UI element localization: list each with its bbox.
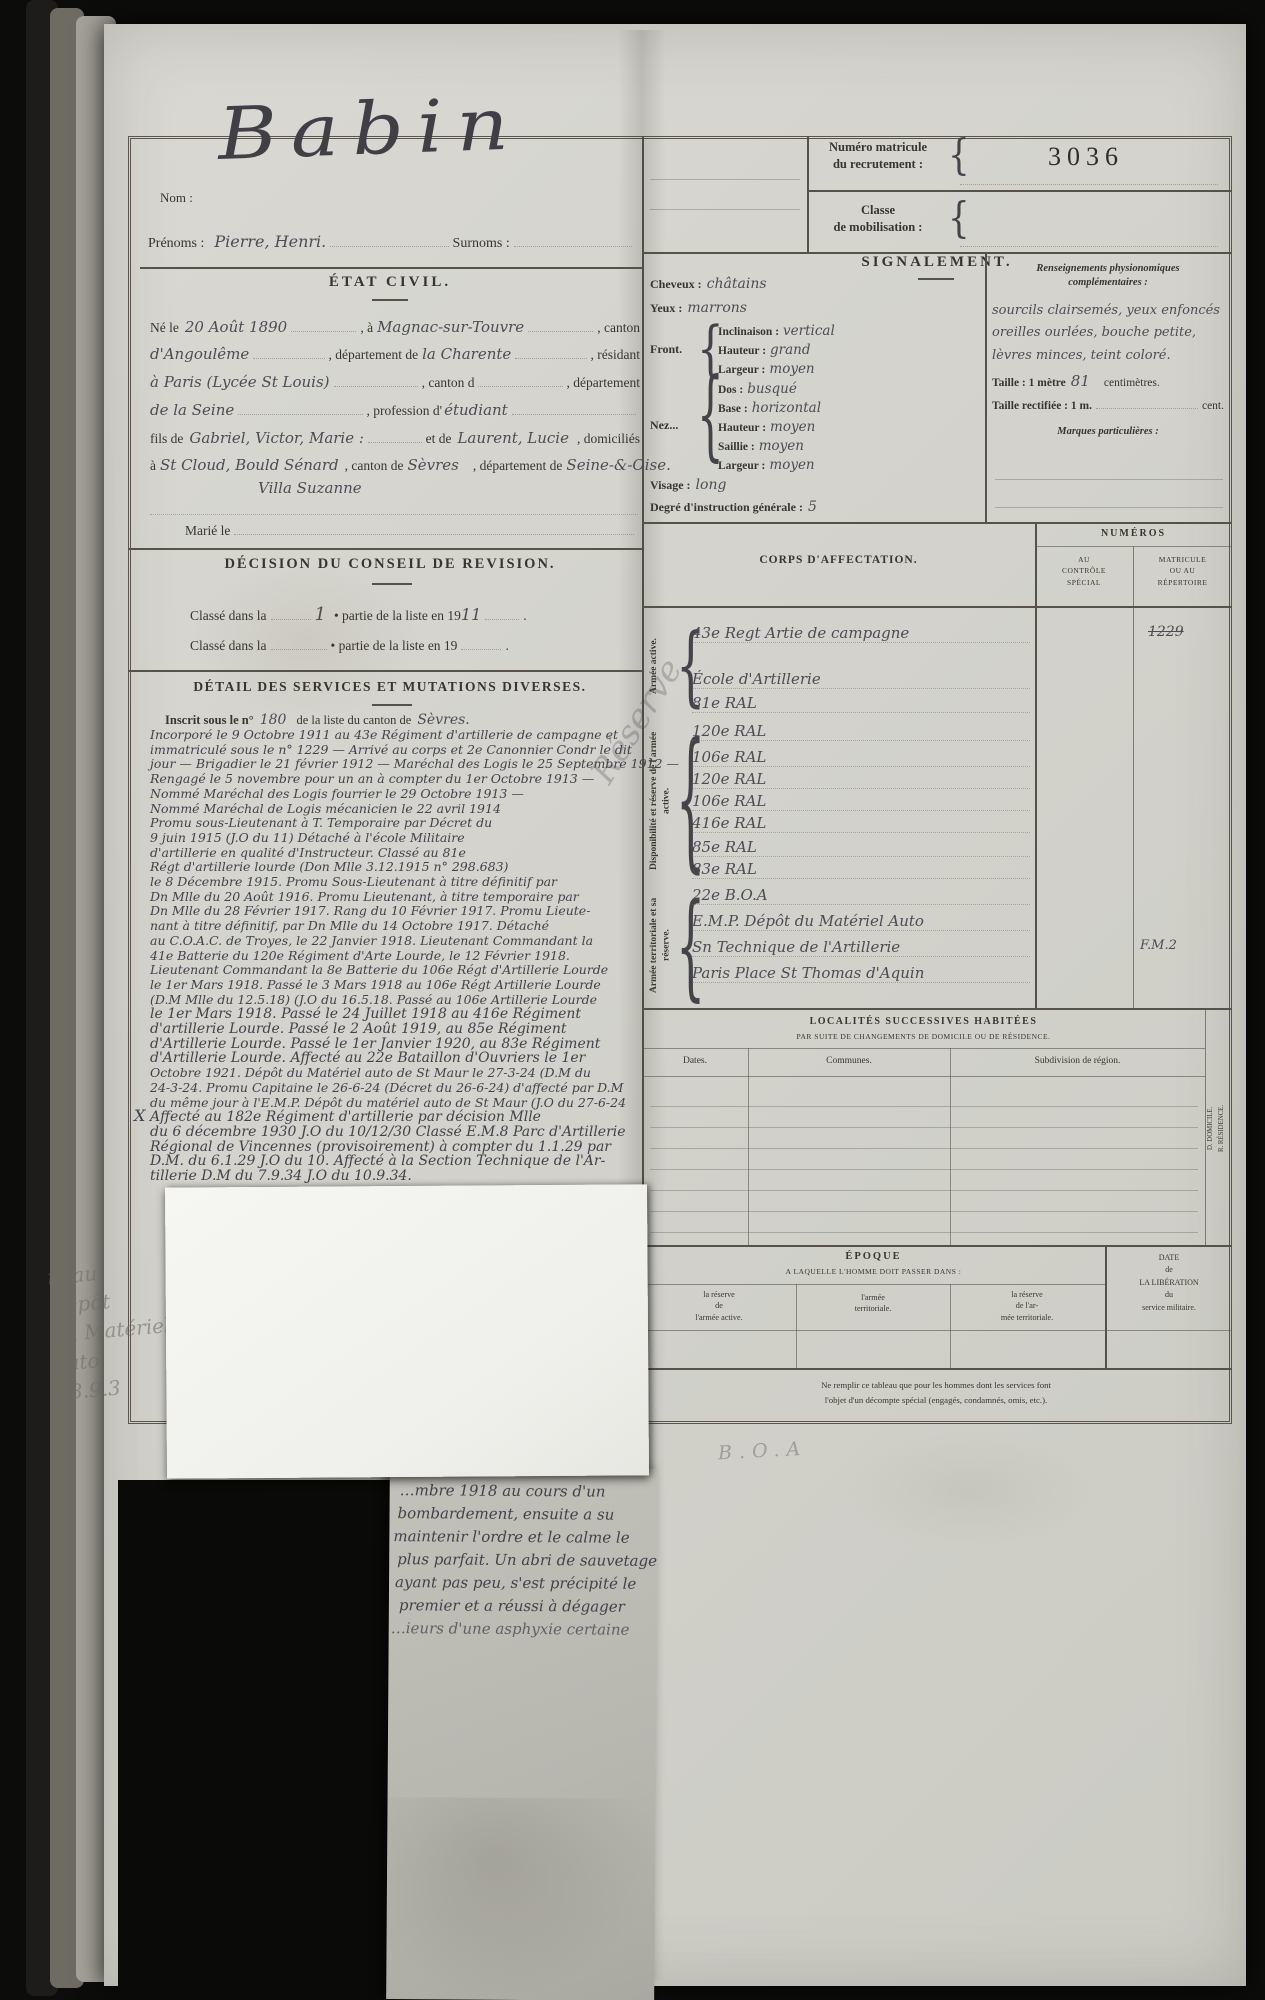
decision-title: DÉCISION DU CONSEIL DE REVISION.: [140, 556, 640, 573]
nose-width-row: Largeur : moyen: [718, 457, 815, 473]
localites-side-divider: [1205, 1008, 1206, 1245]
corps-header-underline: [642, 606, 1232, 608]
nbase-label: Base :: [718, 403, 748, 415]
domicilies-label: , domiciliés: [577, 431, 640, 447]
nose-base-row: Base : horizontal: [718, 400, 821, 416]
top-right-write-lines: [650, 150, 800, 210]
corps-row: 43e Regt Artie de campagne: [692, 624, 1030, 643]
service-line: (D.M Mlle du 12.5.18) (J.O du 16.5.18. P…: [150, 993, 650, 1008]
subdivision-col-header: Subdivision de région.: [950, 1056, 1205, 1066]
title-dash: [372, 704, 412, 706]
service-line: Dn Mlle du 28 Février 1917. Rang du 10 F…: [150, 904, 650, 919]
epoque-col-reserve-territoriale: la réserve de l'ar- mée territoriale.: [952, 1289, 1102, 1323]
height-unit: centimètres.: [1104, 377, 1160, 389]
service-line: Dn Mlle du 20 Août 1916. Promu Lieutenan…: [150, 890, 650, 905]
education-label: Degré d'instruction générale :: [650, 500, 803, 515]
service-line: Lieutenant Commandant la 8e Batterie du …: [150, 963, 650, 978]
education-value: 5: [808, 499, 817, 515]
villa-line: Villa Suzanne: [258, 479, 362, 497]
nwidth-value: moyen: [769, 457, 814, 473]
nheight-value: moyen: [770, 419, 815, 435]
residence-dept-value: de la Seine: [150, 401, 234, 419]
epoque-row-line: [642, 1330, 1232, 1331]
canton-value: d'Angoulême: [150, 345, 249, 363]
service-line: d'artillerie Lourde. Passé le 2 Août 191…: [150, 1022, 650, 1037]
write-line: [528, 317, 593, 332]
comp-box-divider: [985, 252, 987, 523]
education-row: Degré d'instruction générale : 5: [650, 499, 817, 515]
matricule-write-line: [960, 184, 1218, 185]
canton-de-label: , canton de: [345, 458, 404, 474]
corps-row: Sn Technique de l'Artillerie: [692, 938, 1030, 957]
paper-stain: [840, 1430, 1100, 1550]
nbase-value: horizontal: [752, 400, 821, 416]
numeros-title: NUMÉROS: [1035, 528, 1232, 539]
corps-row: 22e B.O.A: [692, 886, 1030, 905]
etat-civil-title: ÉTAT CIVIL.: [140, 274, 640, 291]
height-corrected-row: Taille rectifiée : 1 m. cent.: [992, 396, 1224, 412]
write-line: [238, 400, 362, 415]
write-line: [271, 606, 311, 621]
service-line: au C.O.A.C. de Troyes, le 22 Janvier 191…: [150, 934, 650, 949]
born-label: Né le: [150, 320, 179, 336]
fwidth-value: moyen: [769, 361, 814, 377]
parents-canton: Sèvres: [407, 456, 458, 474]
matricule-number: 3036: [1048, 142, 1124, 172]
nose-label: Nez...: [650, 418, 678, 433]
corps-row: 106e RAL: [692, 748, 1030, 767]
service-line: jour — Brigadier le 21 février 1912 — Ma…: [150, 757, 650, 772]
corps-row: Paris Place St Thomas d'Aquin: [692, 964, 1030, 983]
write-line: [1096, 396, 1198, 409]
classed-row-2: Classé dans la • partie de la liste en 1…: [190, 635, 630, 654]
birth-date: 20 Août 1890: [185, 318, 287, 336]
epoque-col-divider: [796, 1284, 797, 1368]
boa-ghost-writing: B.O.A: [717, 1438, 807, 1465]
service-line: 41e Batterie du 120e Régiment d'Arte Lou…: [150, 949, 650, 964]
nwidth-label: Largeur :: [718, 460, 765, 472]
corps-row: 120e RAL: [692, 770, 1030, 789]
corps-row: École d'Artillerie: [692, 670, 1030, 689]
profession-label: , profession d': [367, 403, 443, 419]
canton-d-label: , canton d: [422, 375, 475, 391]
fragment-line: bombardement, ensuite a su: [397, 1502, 657, 1527]
service-line: Rengagé le 5 novembre pour un an à compt…: [150, 772, 650, 787]
numeros-split: [1133, 546, 1134, 1008]
service-line: Incorporé le 9 Octobre 1911 au 43e Régim…: [150, 728, 650, 743]
write-line: [330, 232, 448, 247]
height-corrected-unit: cent.: [1202, 400, 1224, 412]
height-corrected-label: Taille rectifiée : 1 m.: [992, 400, 1092, 412]
incline-label: Inclinaison :: [718, 326, 779, 338]
numeros-divider: [1035, 522, 1037, 1008]
face-row: Visage : long: [650, 477, 726, 493]
profession-value: étudiant: [444, 401, 508, 419]
write-line: [514, 232, 632, 247]
corps-row: 106e RAL: [692, 792, 1030, 811]
departement2-label: , département: [567, 375, 640, 391]
services-title: DÉTAIL DES SERVICES ET MUTATIONS DIVERSE…: [140, 679, 640, 695]
forehead-width-row: Largeur : moyen: [718, 361, 815, 377]
fwidth-label: Largeur :: [718, 364, 765, 376]
marks-write-lines: [995, 452, 1223, 512]
married-row: Marié le: [185, 520, 638, 539]
fragment-line: ayant pas peu, s'est précipité le: [395, 1571, 657, 1596]
write-line: [461, 635, 501, 650]
localites-side-header: D. DOMICILE. R. RÉSIDENCE.: [1206, 1014, 1228, 1242]
service-line: Octobre 1921. Dépôt du Matériel auto de …: [150, 1066, 650, 1081]
fheight-value: grand: [770, 342, 810, 358]
title-dash: [372, 299, 408, 301]
father-names: Gabriel, Victor, Marie :: [189, 429, 364, 447]
group-territoriale: Armée territoriale et sa réserve.: [648, 886, 673, 1004]
liberation-date-box: DATE de LA LIBÉRATION du service militai…: [1107, 1252, 1231, 1314]
footnote: Ne remplir ce tableau que pour les homme…: [650, 1378, 1222, 1407]
dates-col-header: Dates.: [642, 1056, 748, 1066]
margin-mark: X: [134, 1106, 145, 1125]
nsalience-value: moyen: [759, 438, 804, 454]
height-row: Taille : 1 mètre 81 centimètres.: [992, 372, 1160, 390]
write-line: [478, 372, 562, 387]
service-line: Nommé Maréchal de Logis mécanicien le 22…: [150, 802, 650, 817]
corps-title: CORPS D'AFFECTATION.: [642, 554, 1035, 566]
nsalience-label: Saillie :: [718, 441, 755, 453]
face-label: Visage :: [650, 478, 691, 493]
classe-write-line: [960, 246, 1218, 247]
departement-label: , département de: [329, 347, 419, 363]
write-line: [515, 344, 586, 359]
corps-row: 83e RAL: [692, 860, 1030, 879]
comp-title: Renseignements physionomiques complément…: [992, 262, 1224, 289]
write-line: [334, 372, 418, 387]
forehead-label: Front.: [650, 342, 682, 357]
group-disponibilite: Disponibilité et réserve de l'armée acti…: [648, 722, 673, 880]
nback-label: Dos :: [718, 384, 743, 396]
blank-write-line: [150, 514, 638, 515]
nose-salience-row: Saillie : moyen: [718, 438, 804, 454]
hair-row: Cheveux : châtains: [650, 276, 767, 292]
inscription-row: Inscrit sous le n° 180 de la liste du ca…: [165, 712, 470, 728]
at2-label: à: [150, 458, 156, 474]
dot: .: [505, 638, 508, 654]
and-of-label: et de: [426, 431, 452, 447]
service-line: 24-3-24. Promu Capitaine le 26-6-24 (Déc…: [150, 1081, 650, 1096]
corps-row: 81e RAL: [692, 694, 1030, 713]
service-line: immatriculé sous le n° 1229 — Arrivé au …: [150, 743, 650, 758]
service-line: d'Artillerie Lourde. Passé le 1er Janvie…: [150, 1037, 650, 1052]
surname-signature: Babin: [217, 81, 524, 176]
underlying-page-fragment: …mbre 1918 au cours d'un bombardement, e…: [386, 1467, 658, 2000]
classe-brace: {: [948, 197, 970, 240]
services-record: Incorporé le 9 Octobre 1911 au 43e Régim…: [150, 728, 650, 1184]
service-line: d'Artillerie Lourde. Affecté au 22e Bata…: [150, 1051, 650, 1066]
marks-label: Marques particulières :: [992, 426, 1224, 437]
localites-header-underline: [642, 1076, 1205, 1077]
service-line: du 6 décembre 1930 J.O du 10/12/30 Class…: [150, 1125, 650, 1140]
service-line: Promu sous-Lieutenant à T. Temporaire pa…: [150, 816, 650, 831]
corps-row: 85e RAL: [692, 838, 1030, 857]
at-label: , à: [360, 320, 373, 336]
classed-year-value: 11: [461, 605, 481, 624]
comp-text: sourcils clairsemés, yeux enfoncés oreil…: [992, 300, 1232, 367]
residence-row: à Paris (Lycée St Louis) , canton d , dé…: [150, 372, 640, 391]
service-line: nant à titre définitif, par Dn Mlle du 1…: [150, 919, 650, 934]
forehead-height-row: Hauteur : grand: [718, 342, 811, 358]
hair-value: châtains: [707, 276, 767, 292]
height-label: Taille : 1 mètre: [992, 377, 1066, 389]
localites-header-line: [642, 1048, 1205, 1049]
profession-row: de la Seine , profession d' étudiant: [150, 400, 640, 419]
epoque-bottom-line: [642, 1368, 1232, 1370]
scanned-register-page: Babin Nom : Prénoms : Pierre, Henri. Sur…: [0, 0, 1265, 2000]
write-line: [291, 317, 356, 332]
classed-suffix: • partie de la liste en 19: [331, 638, 458, 654]
epoque-col-territoriale: l'armée territoriale.: [798, 1292, 948, 1315]
forehead-incline-row: Inclinaison : vertical: [718, 323, 835, 339]
controle-col-header: AU CONTRÔLE SPÉCIAL: [1036, 554, 1132, 588]
epoque-col-divider: [950, 1284, 951, 1368]
aliases-label: Surnoms :: [453, 236, 510, 252]
birth-row: Né le 20 Août 1890 , à Magnac-sur-Touvre…: [150, 317, 640, 336]
section-divider: [128, 548, 642, 550]
matricule-brace: {: [948, 134, 970, 177]
incline-value: vertical: [783, 323, 835, 339]
list-canton-value: Sèvres.: [417, 712, 469, 728]
write-line: [234, 520, 634, 535]
service-line: tillerie D.M du 7.9.34 J.O du 10.9.34.: [150, 1169, 650, 1184]
firstnames-label: Prénoms :: [148, 236, 204, 252]
repertoire-col-header: MATRICULE OU AU RÉPERTOIRE: [1134, 554, 1231, 588]
corps-row: E.M.P. Dépôt du Matériel Auto: [692, 912, 1030, 931]
epoque-header-line: [642, 1284, 1105, 1285]
header-divider: [140, 267, 642, 269]
margin-pencil-note: m au Dépôt du Matériel auto 18.9.3: [46, 1253, 178, 1408]
face-value: long: [696, 477, 727, 493]
fragment-smudge: [386, 1797, 655, 2000]
fragment-line: plus parfait. Un abri de sauvetage: [397, 1548, 657, 1573]
classed-label: Classé dans la: [190, 638, 267, 654]
corps-bottom-line: [642, 1008, 1232, 1010]
epoque-title: ÉPOQUE: [642, 1251, 1105, 1262]
write-line: [253, 344, 324, 359]
service-line: Régional de Vincennes (provisoirement) à…: [150, 1140, 650, 1155]
married-label: Marié le: [185, 523, 230, 539]
surname-label: Nom :: [160, 190, 193, 206]
nback-value: busqué: [747, 381, 797, 397]
write-line: [485, 606, 519, 621]
service-line: Nommé Maréchal des Logis fourrier le 29 …: [150, 787, 650, 802]
section-divider: [642, 522, 1232, 524]
birth-place: Magnac-sur-Touvre: [377, 318, 524, 336]
firstnames-value: Pierre, Henri.: [214, 232, 326, 251]
localites-title: LOCALITÉS SUCCESSIVES HABITÉES: [642, 1016, 1205, 1027]
write-line: [368, 428, 422, 443]
service-line: Régt d'artillerie lourde (Don Mlle 3.12.…: [150, 860, 650, 875]
service-line: du même jour à l'E.M.P. Dépôt du matérie…: [150, 1096, 650, 1111]
inscribed-label: Inscrit sous le n°: [165, 713, 254, 728]
canton-label: , canton: [597, 320, 640, 336]
matricule-box-divider: [807, 136, 809, 252]
communes-col-header: Communes.: [748, 1056, 950, 1066]
section-divider: [128, 670, 642, 672]
parents-departement: Seine-&-Oise.: [566, 456, 670, 474]
firstnames-row: Prénoms : Pierre, Henri. Surnoms :: [148, 232, 636, 252]
departement-value: la Charente: [422, 345, 511, 363]
classed-row-1: Classé dans la 1 • partie de la liste en…: [190, 604, 630, 625]
title-dash: [372, 583, 412, 585]
canton-row: d'Angoulême , département de la Charente…: [150, 344, 640, 363]
localites-row-lines: [650, 1086, 1198, 1244]
service-line: le 8 Décembre 1915. Promu Sous-Lieutenan…: [150, 875, 650, 890]
classe-label: Classe de mobilisation :: [812, 202, 944, 236]
residence-value: à Paris (Lycée St Louis): [150, 373, 330, 391]
fragment-line: …ieurs d'une asphyxie certaine: [391, 1617, 657, 1642]
localites-bottom-line: [642, 1245, 1232, 1247]
parents-address: St Cloud, Bould Sénard: [160, 456, 339, 474]
fragment-line: premier et a réussi à dégager: [399, 1594, 657, 1619]
dot: .: [523, 608, 526, 624]
title-dash: [918, 278, 954, 280]
localites-subtitle: PAR SUITE DE CHANGEMENTS DE DOMICILE OU …: [642, 1032, 1205, 1041]
inscribed-number: 180: [260, 712, 287, 728]
corps-row: 120e RAL: [692, 722, 1030, 741]
classed-part-value: 1: [315, 604, 326, 625]
matricule-underline: [807, 190, 1232, 192]
departement-de-label: , département de: [473, 458, 563, 474]
epoque-col-reserve-active: la réserve de l'armée active.: [644, 1289, 794, 1323]
write-line: [271, 635, 327, 650]
inserted-blank-sheet: [165, 1184, 649, 1478]
service-line: le 1er Mars 1918. Passé le 3 Mars 1918 a…: [150, 978, 650, 993]
residant-label: , résidant: [591, 347, 641, 363]
fragment-line: maintenir l'ordre et le calme le: [393, 1525, 657, 1550]
hair-label: Cheveux :: [650, 277, 702, 292]
classed-suffix: • partie de la liste en 19: [334, 608, 461, 624]
service-line: d'artillerie en qualité d'Instructeur. C…: [150, 846, 650, 861]
fheight-label: Hauteur :: [718, 345, 766, 357]
mother-names: Laurent, Lucie: [457, 429, 569, 447]
fragment-line: …mbre 1918 au cours d'un: [400, 1479, 658, 1504]
height-value: 81: [1071, 372, 1090, 390]
service-line: le 1er Mars 1918. Passé le 24 Juillet 19…: [150, 1007, 650, 1022]
struck-matricule: 1229: [1148, 624, 1184, 640]
service-line: D.M. du 6.1.29 J.O du 10. Affecté à la S…: [150, 1154, 650, 1169]
fm2-note: F.M.2: [1140, 938, 1177, 953]
matricule-label: Numéro matricule du recrutement :: [812, 139, 944, 173]
service-line: 9 juin 1915 (J.O du 11) Détaché à l'écol…: [150, 831, 650, 846]
nheight-label: Hauteur :: [718, 422, 766, 434]
list-canton-label: de la liste du canton de: [296, 713, 411, 728]
parents-row: fils de Gabriel, Victor, Marie : et de L…: [150, 428, 640, 447]
classed-label: Classé dans la: [190, 608, 267, 624]
scan-background-gap: [118, 1480, 394, 2000]
nose-height-row: Hauteur : moyen: [718, 419, 815, 435]
write-line: [512, 400, 636, 415]
nose-back-row: Dos : busqué: [718, 381, 797, 397]
son-of-label: fils de: [150, 431, 183, 447]
corps-row: 416e RAL: [692, 814, 1030, 833]
epoque-subtitle: A LAQUELLE L'HOMME DOIT PASSER DANS :: [642, 1267, 1105, 1276]
eyes-label: Yeux :: [650, 301, 682, 316]
service-line: Affecté au 182e Régiment d'artillerie pa…: [150, 1110, 650, 1125]
